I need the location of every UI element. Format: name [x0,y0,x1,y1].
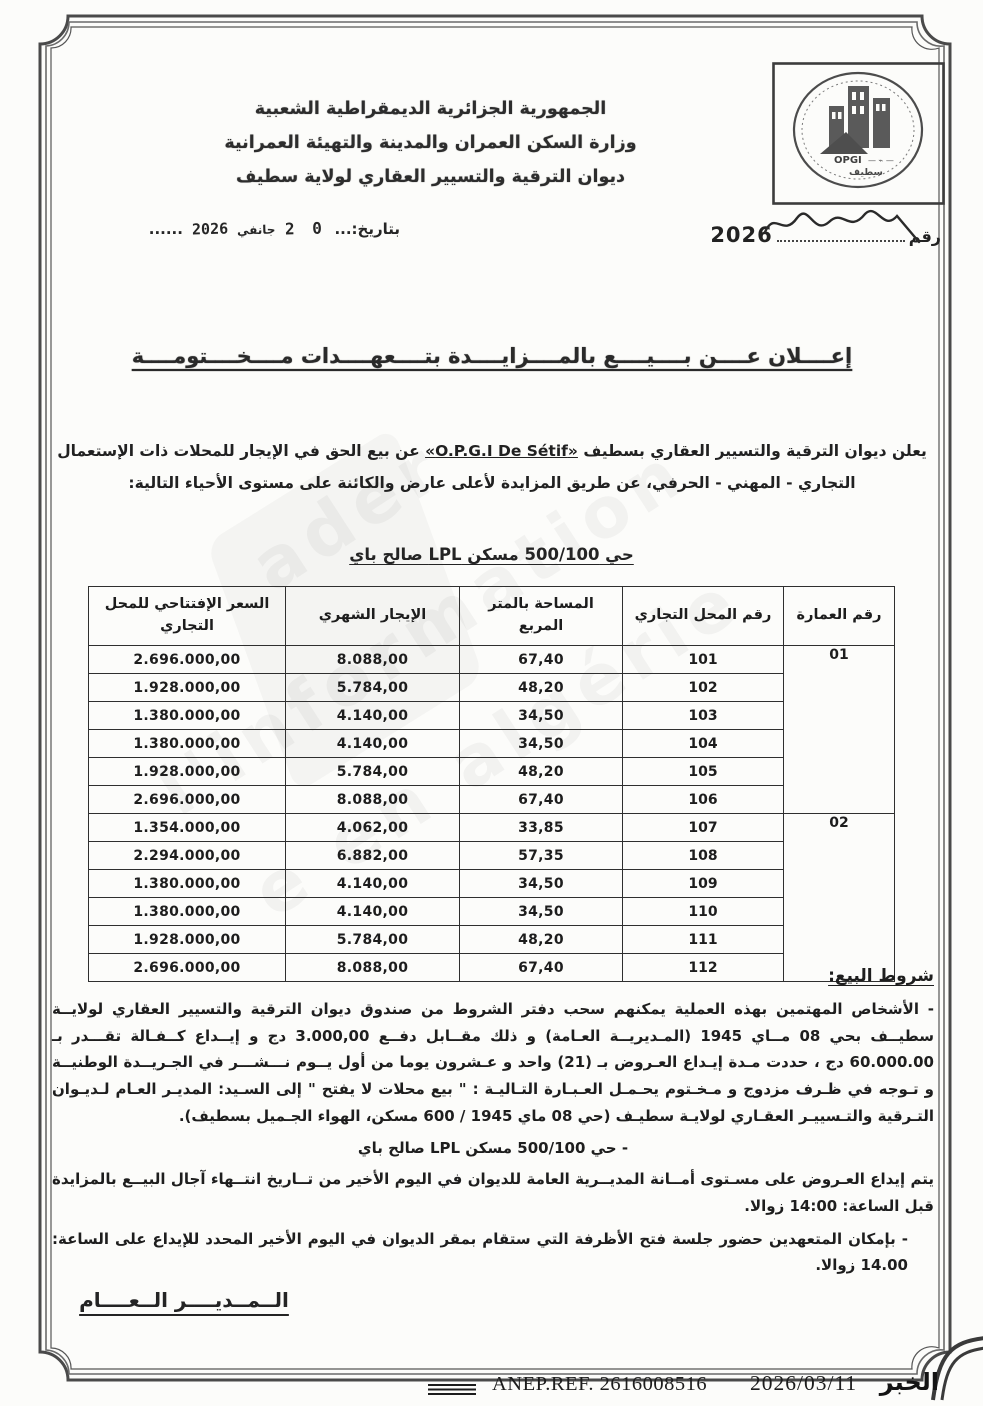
price-cell: 2.294.000,00 [89,842,286,870]
date-stamp-year: 2026 [192,220,229,239]
scanned-announcement-page: ader l'information e en algérie الجمهوري… [0,0,983,1406]
rent-cell: 6.882,00 [286,842,460,870]
area-cell: 48,20 [460,674,623,702]
shop-cell: 110 [623,898,784,926]
area-cell: 48,20 [460,758,623,786]
conditions-heading: شروط البيع: [52,966,934,986]
rent-cell: 5.784,00 [286,674,460,702]
date-dots: ...... [149,220,183,238]
shop-cell: 105 [623,758,784,786]
table-row: 110 34,50 4.140,00 1.380.000,00 [89,898,895,926]
table-row: 109 34,50 4.140,00 1.380.000,00 [89,870,895,898]
price-cell: 2.696.000,00 [89,646,286,674]
ref-dots [777,214,905,242]
price-cell: 2.696.000,00 [89,786,286,814]
col-shop-number: رقم المحل التجاري [623,587,784,646]
newspaper-name: الخبر [880,1368,939,1396]
area-cell: 34,50 [460,702,623,730]
shop-cell: 101 [623,646,784,674]
anep-reference: ANEP.REF. 2616008516 [492,1373,707,1396]
intro-paragraph: يعلن ديوان الترقية والتسيير العقاري بسطي… [52,436,932,500]
table-title-neighborhood: حي 500/100 مسكن LPL صالح باي [0,545,983,564]
price-cell: 1.354.000,00 [89,814,286,842]
conditions-paragraph-1: - الأشخاص المهتمين بهذه العملية يمكنهم س… [52,996,934,1129]
area-cell: 34,50 [460,730,623,758]
conditions-paragraph-2: يتم إيداع العـروض على مسـتوى أمــانة الم… [52,1166,934,1219]
sale-conditions-section: شروط البيع: - الأشخاص المهتمين بهذه العم… [52,966,934,1285]
area-cell: 33,85 [460,814,623,842]
rent-cell: 4.140,00 [286,870,460,898]
rent-cell: 4.140,00 [286,730,460,758]
date-stamp-month: جانفي [237,222,276,237]
shop-cell: 103 [623,702,784,730]
footer-stripes [428,1384,476,1395]
col-monthly-rent: الإيجار الشهري [286,587,460,646]
table-row: 02 107 33,85 4.062,00 1.354.000,00 [89,814,895,842]
conditions-paragraph-3: - بإمكان المتعهدين حضور جلسة فتح الأظرفة… [52,1226,934,1279]
table-row: 108 57,35 6.882,00 2.294.000,00 [89,842,895,870]
svg-text:سطيف: سطيف [849,167,883,178]
header-ministry-line: وزارة السكن العمران والمدينة والتهيئة ال… [168,126,693,160]
col-opening-price: السعر الإفتتاحي للمحل التجاري [89,587,286,646]
area-cell: 67,40 [460,786,623,814]
header-republic-line: الجمهورية الجزائرية الديمقراطية الشعبية [168,92,693,126]
table-row: 102 48,20 5.784,00 1.928.000,00 [89,674,895,702]
publication-date: 2026/03/11 [750,1371,857,1396]
table-row: 106 67,40 8.088,00 2.696.000,00 [89,786,895,814]
table-row: 103 34,50 4.140,00 1.380.000,00 [89,702,895,730]
official-header: الجمهورية الجزائرية الديمقراطية الشعبية … [168,92,693,194]
shops-table: رقم العمارة رقم المحل التجاري المساحة با… [88,586,895,982]
date-stamp-day: 0 2 [284,218,325,238]
area-cell: 34,50 [460,898,623,926]
col-building-number: رقم العمارة [784,587,895,646]
rent-cell: 8.088,00 [286,646,460,674]
handwritten-number-icon [759,198,927,250]
price-cell: 1.380.000,00 [89,702,286,730]
table-row: 104 34,50 4.140,00 1.380.000,00 [89,730,895,758]
date-line: بتاريخ:... 0 2 جانفي 2026 ...... [70,219,400,238]
table-row: 111 48,20 5.784,00 1.928.000,00 [89,926,895,954]
building-number-cell: 01 [784,646,895,814]
rent-cell: 4.062,00 [286,814,460,842]
shop-cell: 108 [623,842,784,870]
shop-cell: 109 [623,870,784,898]
price-cell: 1.928.000,00 [89,758,286,786]
rent-cell: 5.784,00 [286,758,460,786]
price-cell: 1.928.000,00 [89,926,286,954]
area-cell: 34,50 [460,870,623,898]
shop-cell: 111 [623,926,784,954]
rent-cell: 4.140,00 [286,702,460,730]
rent-cell: 8.088,00 [286,786,460,814]
shop-cell: 102 [623,674,784,702]
col-area-sqm: المساحة بالمتر المربع [460,587,623,646]
table-row: 01 101 67,40 8.088,00 2.696.000,00 [89,646,895,674]
svg-text:OPGI: OPGI [834,155,862,166]
building-number-cell: 02 [784,814,895,982]
intro-part1: يعلن ديوان الترقية والتسيير العقاري بسطي… [578,442,927,460]
general-director-signature: الــمــديــــر الــعــــام [70,1288,298,1312]
date-label: بتاريخ:... [334,220,400,238]
shop-cell: 107 [623,814,784,842]
shop-cell: 104 [623,730,784,758]
table-header-row: رقم العمارة رقم المحل التجاري المساحة با… [89,587,895,646]
table-row: 105 48,20 5.784,00 1.928.000,00 [89,758,895,786]
announcement-title: إعــــلان عــــن بــــيــــع بالمــــزاي… [118,344,866,368]
conditions-neighborhood-line: - حي 500/100 مسكن LPL صالح باي [52,1135,934,1162]
reference-number-line: رقم 2026 [710,214,941,247]
header-office-line: ديوان الترقية والتسيير العقاري لولاية سط… [168,160,693,194]
opgi-latin-name: «O.P.G.I De Sétif» [425,442,578,460]
area-cell: 67,40 [460,646,623,674]
price-cell: 1.928.000,00 [89,674,286,702]
rent-cell: 5.784,00 [286,926,460,954]
area-cell: 48,20 [460,926,623,954]
rent-cell: 4.140,00 [286,898,460,926]
price-cell: 1.380.000,00 [89,898,286,926]
svg-text:— ⌁ —: — ⌁ — [868,156,894,165]
opgi-logo: OPGI — ⌁ — سطيف [772,62,945,205]
opgi-seal-icon: OPGI — ⌁ — سطيف [772,62,945,205]
price-cell: 1.380.000,00 [89,730,286,758]
price-cell: 1.380.000,00 [89,870,286,898]
shop-cell: 106 [623,786,784,814]
area-cell: 57,35 [460,842,623,870]
